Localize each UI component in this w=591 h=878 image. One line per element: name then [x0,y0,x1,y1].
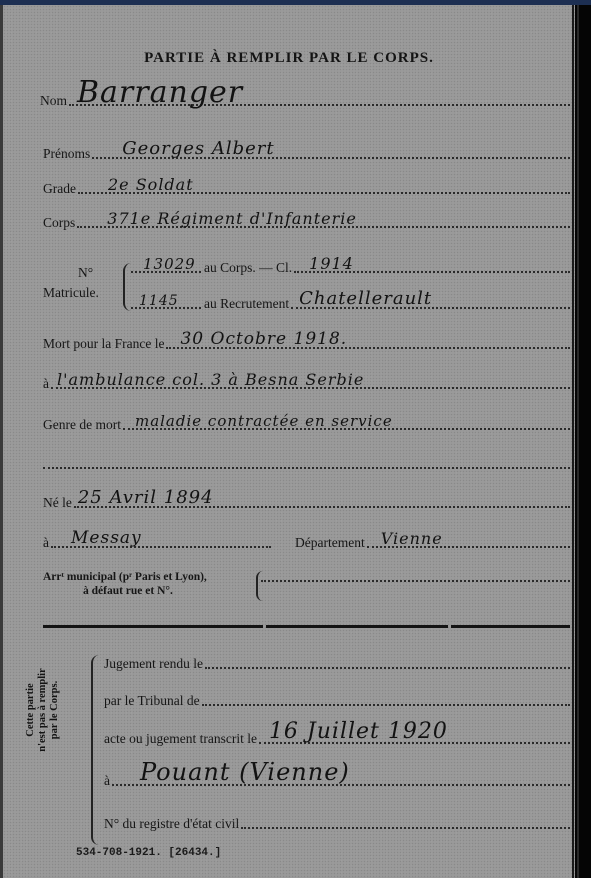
label-tribunal: par le Tribunal de [104,693,202,709]
value-departement: Vienne [381,529,443,548]
field-genre-de-mort: Genre de mort maladie contractée en serv… [43,417,570,433]
field-registre: N° du registre d'état civil [104,816,570,832]
line-recrutement-number: 1145 [131,307,201,309]
value-genre-de-mort: maladie contractée en service [135,412,393,430]
field-corps: Corps 371e Régiment d'Infanterie [43,215,570,231]
right-rule-2 [577,5,579,878]
form-title: PARTIE À REMPLIR PAR LE CORPS. [3,50,575,67]
field-prenoms: Prénoms Georges Albert [43,146,570,162]
field-lieu-deces: à l'ambulance col. 3 à Besna Serbie [43,376,570,392]
line-arrondissement [261,580,570,582]
line-lieu-transcription: Pouant (Vienne) [112,784,570,786]
label-lieu-naissance: à [43,535,51,551]
label-jugement-rendu: Jugement rendu le [104,656,205,672]
value-lieu-deces: l'ambulance col. 3 à Besna Serbie [57,370,364,389]
value-corps: 371e Régiment d'Infanterie [107,209,357,228]
value-nom: Barranger [77,75,243,110]
label-matricule: Matricule. [43,285,99,301]
line-grade: 2e Sol­dat [78,192,570,194]
right-rule-1 [572,5,574,878]
field-jugement-rendu: Jugement rendu le [104,656,570,672]
line-corps-number: 13029 [131,271,201,273]
line-jugement-rendu [205,667,570,669]
field-transcrit: acte ou jugement transcrit le 16 Juillet… [104,731,570,747]
field-lieu-naissance: à Messay Département Vienne [43,535,570,551]
label-no: N° [78,265,93,281]
line-corps: 371e Régiment d'Infanterie [77,226,570,228]
line-prenoms: Georges Albert [92,157,570,159]
line-ne-le: 25 Avril 1894 [74,506,570,508]
side-note: Cette partie n'est pas à remplir par le … [25,645,61,775]
label-nom: Nom [40,93,69,109]
value-recrutement-number: 1145 [139,293,179,309]
line-classe: 1914 [294,271,570,273]
field-tribunal: par le Tribunal de [104,693,570,709]
line-genre-de-mort: maladie contractée en service [123,428,570,430]
label-registre: N° du registre d'état civil [104,816,241,832]
value-classe: 1914 [309,254,354,273]
field-ne-le: Né le 25 Avril 1894 [43,495,570,511]
line-nom: Barranger [69,104,570,106]
print-reference: 534-708-1921. [26434.] [76,847,221,859]
label-lieu-deces: à [43,376,51,392]
record-card: PARTIE À REMPLIR PAR LE CORPS. Nom Barra… [3,5,575,878]
label-transcrit: acte ou jugement transcrit le [104,731,259,747]
field-nom: Nom Barranger [40,93,570,109]
label-prenoms: Prénoms [43,146,92,162]
section-rule-2 [266,625,448,628]
label-lieu-transcription: à [104,773,112,789]
field-arrondissement [261,573,570,585]
matricule-brace [123,263,131,311]
value-transcrit: 16 Juillet 1920 [269,719,448,744]
label-grade: Grade [43,181,78,197]
value-grade: 2e Sol­dat [108,175,194,194]
side-note-line-2: n'est pas à remplir [37,645,49,775]
line-tribunal [202,704,570,706]
value-lieu-transcription: Pouant (Vienne) [140,758,350,786]
line-blank [43,467,570,469]
line-registre [241,827,570,829]
section-rule-3 [451,625,570,628]
value-corps-number: 13029 [143,255,196,273]
label-genre-de-mort: Genre de mort [43,417,123,433]
value-mort-pour-la-france: 30 Octobre 1918. [180,329,347,349]
side-note-line-3: par le Corps. [49,645,61,775]
line-departement: Vienne [367,546,570,548]
label-corps: Corps [43,215,77,231]
line-lieu-naissance: Messay [51,546,271,548]
field-matricule-recrutement: 1145 au Recrutement Chatellerault [131,296,570,312]
label-arrondissement-1: Arrᵗ municipal (pʳ Paris et Lyon), [43,571,207,583]
blank-line [43,460,570,472]
field-mort-pour-la-france: Mort pour la France le 30 Octobre 1918. [43,336,570,352]
value-recrutement: Chatellerault [299,288,432,309]
label-arrondissement-2: à défaut rue et N°. [83,585,173,597]
value-prenoms: Georges Albert [122,138,274,159]
field-matricule-corps: 13029 au Corps. — Cl. 1914 [131,260,570,276]
label-departement: Département [271,535,367,551]
field-grade: Grade 2e Sol­dat [43,181,570,197]
value-lieu-naissance: Messay [71,528,142,548]
line-recrutement: Chatellerault [291,307,570,309]
line-transcrit: 16 Juillet 1920 [259,742,570,744]
label-au-recrutement: au Recrutement [201,296,291,312]
label-mort-pour-la-france: Mort pour la France le [43,336,166,352]
section-rule-1 [43,625,263,628]
label-au-corps: au Corps. — Cl. [201,260,294,276]
line-lieu-deces: l'ambulance col. 3 à Besna Serbie [51,387,570,389]
label-ne-le: Né le [43,495,74,511]
field-lieu-transcription: à Pouant (Vienne) [104,773,570,789]
line-mort-pour-la-france: 30 Octobre 1918. [166,347,570,349]
side-note-line-1: Cette partie [25,645,37,775]
value-ne-le: 25 Avril 1894 [78,487,214,508]
lower-section-brace [91,655,99,845]
